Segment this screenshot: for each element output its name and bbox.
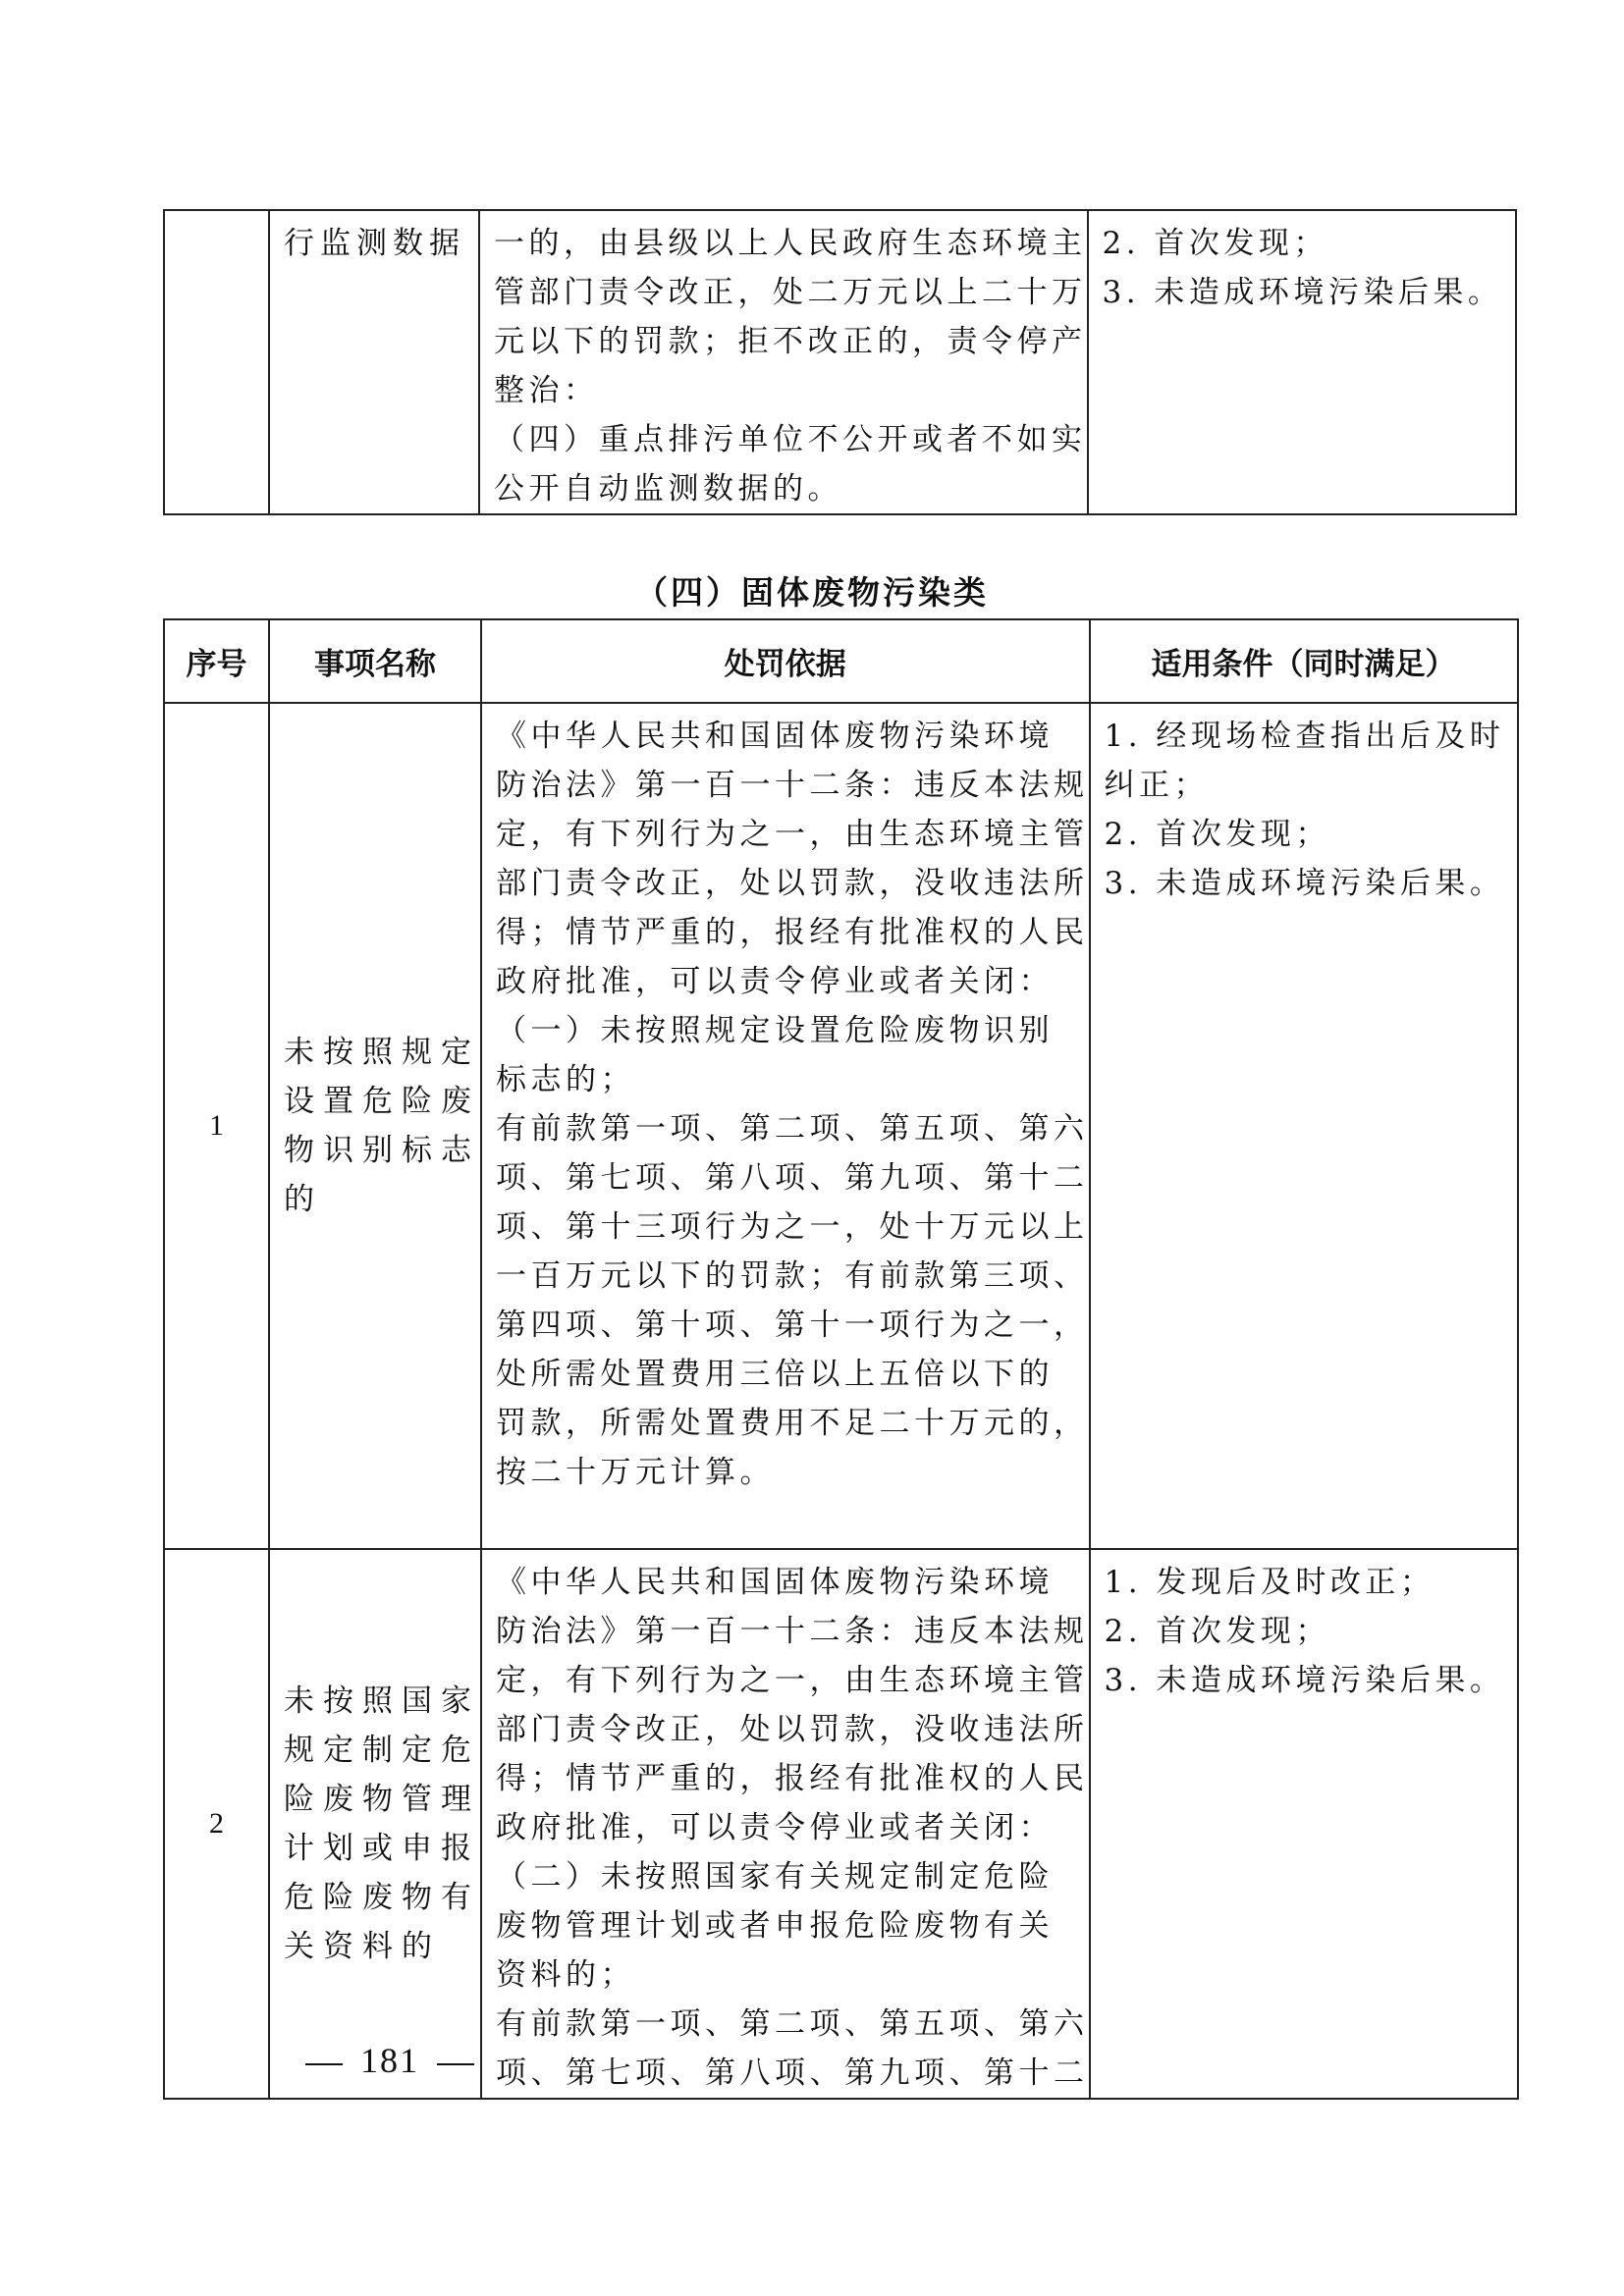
conditions: 1. 经现场检查指出后及时 纠正； 2. 首次发现； 3. 未造成环境污染后果。 (1091, 704, 1517, 908)
header-seq: 序号 (164, 619, 269, 703)
seq-cell: 2 (164, 1549, 269, 2099)
conditions: 2. 首次发现； 3. 未造成环境污染后果。 (1089, 211, 1515, 317)
penalty-basis-cell: 一的，由县级以上人民政府生态环境主 管部门责令改正，处二万元以上二十万 元以下的… (479, 210, 1088, 514)
seq-cell (164, 210, 269, 514)
item-name-cell: 未按照规定 设置危险废 物识别标志 的 (269, 703, 481, 1549)
header-penalty-basis: 处罚依据 (481, 619, 1090, 703)
item-name-cell: 行监测数据 (269, 210, 479, 514)
table-row: 1 未按照规定 设置危险废 物识别标志 的 《中华人民共和国固体废物污染环境 防… (164, 703, 1518, 1549)
solid-waste-table: 序号 事项名称 处罚依据 适用条件（同时满足） 1 未按照规定 设置危险废 物识… (163, 618, 1519, 2100)
seq-cell: 1 (164, 703, 269, 1549)
table-row: 2 未按照国家 规定制定危 险废物管理 计划或申报 危险废物有 关资料的 《中华… (164, 1549, 1518, 2099)
item-name: 未按照国家 规定制定危 险废物管理 计划或申报 危险废物有 关资料的 (270, 1677, 480, 1971)
conditions-cell: 1. 经现场检查指出后及时 纠正； 2. 首次发现； 3. 未造成环境污染后果。 (1090, 703, 1518, 1549)
penalty-basis: 一的，由县级以上人民政府生态环境主 管部门责令改正，处二万元以上二十万 元以下的… (480, 211, 1087, 513)
penalty-basis: 《中华人民共和国固体废物污染环境 防治法》第一百一十二条：违反本法规 定，有下列… (482, 704, 1089, 1497)
dash-left (305, 2063, 343, 2065)
table-row: 行监测数据 一的，由县级以上人民政府生态环境主 管部门责令改正，处二万元以上二十… (164, 210, 1516, 514)
header-conditions: 适用条件（同时满足） (1090, 619, 1518, 703)
section-title: （四）固体废物污染类 (0, 567, 1624, 614)
penalty-basis-cell: 《中华人民共和国固体废物污染环境 防治法》第一百一十二条：违反本法规 定，有下列… (481, 1549, 1090, 2099)
table-header-row: 序号 事项名称 处罚依据 适用条件（同时满足） (164, 619, 1518, 703)
item-name: 未按照规定 设置危险废 物识别标志 的 (270, 1028, 480, 1224)
penalty-basis: 《中华人民共和国固体废物污染环境 防治法》第一百一十二条：违反本法规 定，有下列… (482, 1550, 1089, 2098)
page-number: 181 (288, 2040, 492, 2081)
conditions-cell: 1. 发现后及时改正； 2. 首次发现； 3. 未造成环境污染后果。 (1090, 1549, 1518, 2099)
item-name-cell: 未按照国家 规定制定危 险废物管理 计划或申报 危险废物有 关资料的 (269, 1549, 481, 2099)
dash-right (437, 2063, 474, 2065)
continued-table: 行监测数据 一的，由县级以上人民政府生态环境主 管部门责令改正，处二万元以上二十… (163, 209, 1517, 515)
penalty-basis-cell: 《中华人民共和国固体废物污染环境 防治法》第一百一十二条：违反本法规 定，有下列… (481, 703, 1090, 1549)
header-item-name: 事项名称 (269, 619, 481, 703)
conditions: 1. 发现后及时改正； 2. 首次发现； 3. 未造成环境污染后果。 (1091, 1550, 1517, 1705)
conditions-cell: 2. 首次发现； 3. 未造成环境污染后果。 (1088, 210, 1516, 514)
item-name: 行监测数据 (270, 211, 478, 268)
